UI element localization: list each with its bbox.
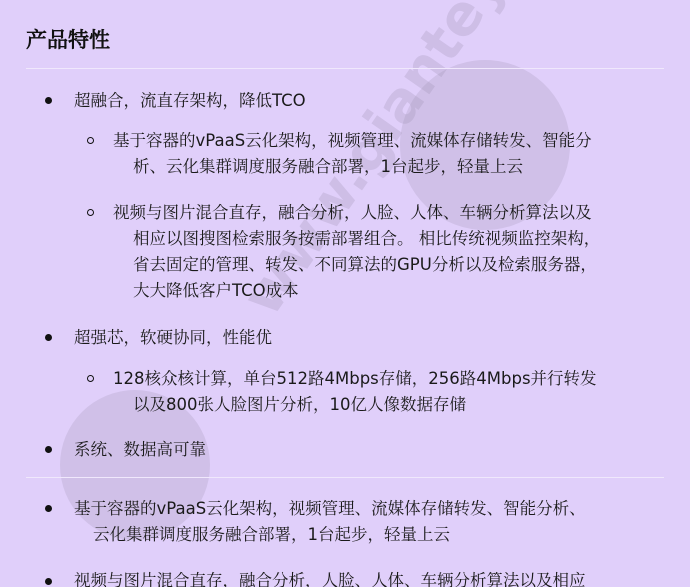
sub-list-item-line: 视频与图片混合直存，融合分析，人脸、人体、车辆分析算法以及 [113,200,592,226]
sub-list-item-line: 以及800张人脸图片分析，10亿人像数据存储 [133,392,466,418]
divider [26,68,664,69]
sub-list-item-line: 省去固定的管理、转发、不同算法的GPU分析以及检索服务器， [133,252,597,278]
sub-list-item-line: 128核众核计算，单台512路4Mbps存储，256路4Mbps并行转发 [113,366,597,392]
sub-list-item-line: 相应以图搜图检索服务按需部署组合。 相比传统视频监控架构， [133,226,600,252]
sub-list-item-line: 大大降低客户TCO成本 [133,278,299,304]
bullet-icon [45,446,52,453]
bullet-icon [45,97,52,104]
list-item-line: 云化集群调度服务融合部署，1台起步，轻量上云 [93,522,450,548]
circle-bullet-icon [87,137,94,144]
circle-bullet-icon [87,375,94,382]
divider [26,477,664,478]
bullet-icon [45,578,52,585]
list-item-line: 视频与图片混合直存，融合分析，人脸、人体、车辆分析算法以及相应 [74,568,586,587]
list-item: 超融合，流直存架构，降低TCO [74,88,306,114]
list-item-line: 基于容器的vPaaS云化架构，视频管理、流媒体存储转发、智能分析、 [74,496,586,522]
section-title: 产品特性 [26,24,110,54]
list-item: 系统、数据高可靠 [74,437,206,463]
bullet-icon [45,505,52,512]
list-item: 超强芯，软硬协同，性能优 [74,325,272,351]
sub-list-item-line: 基于容器的vPaaS云化架构，视频管理、流媒体存储转发、智能分 [113,128,592,154]
sub-list-item-line: 析、云化集群调度服务融合部署，1台起步，轻量上云 [133,154,523,180]
bullet-icon [45,334,52,341]
circle-bullet-icon [87,209,94,216]
